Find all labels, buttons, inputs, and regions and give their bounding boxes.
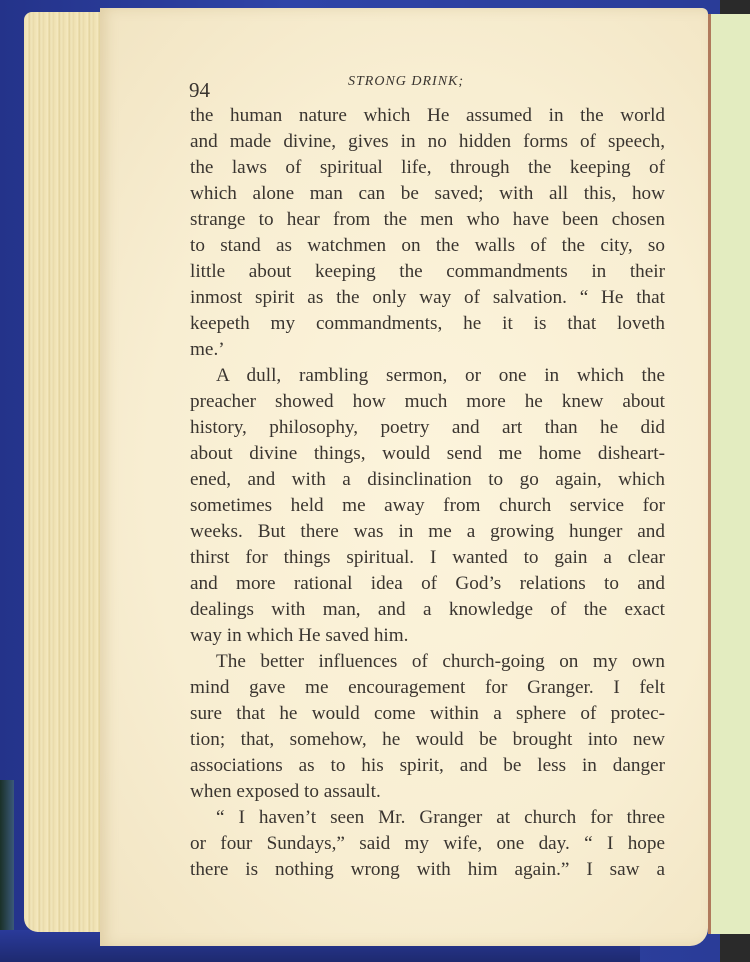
text-line: little about keeping the commandments in… [190, 259, 665, 284]
page-number: 94 [189, 78, 210, 103]
page-stack-edges [24, 12, 104, 932]
text-line: the laws of spiritual life, through the … [190, 155, 665, 180]
text-line: history, philosophy, poetry and art than… [190, 415, 665, 440]
text-line: ened, and with a disinclination to go ag… [190, 467, 665, 492]
text-line: the human nature which He assumed in the… [190, 103, 665, 128]
paragraph-start: “ I haven’t seen Mr. Granger at church f… [190, 805, 665, 830]
text-line: dealings with man, and a knowledge of th… [190, 597, 665, 622]
facing-page-edge [708, 14, 750, 934]
text-line: when exposed to assault. [190, 779, 665, 804]
text-line: or four Sundays,” said my wife, one day.… [190, 831, 665, 856]
text-line: mind gave me encouragement for Granger. … [190, 675, 665, 700]
text-line: which alone man can be saved; with all t… [190, 181, 665, 206]
text-line: about divine things, would send me home … [190, 441, 665, 466]
text-line: inmost spirit as the only way of salvati… [190, 285, 665, 310]
text-line: way in which He saved him. [190, 623, 665, 648]
text-line: sure that he would come within a sphere … [190, 701, 665, 726]
text-line: tion; that, somehow, he would be brought… [190, 727, 665, 752]
text-line: preacher showed how much more he knew ab… [190, 389, 665, 414]
text-line: and made divine, gives in no hidden form… [190, 129, 665, 154]
text-line: weeks. But there was in me a growing hun… [190, 519, 665, 544]
text-line: thirst for things spiritual. I wanted to… [190, 545, 665, 570]
text-line: me.’ [190, 337, 665, 362]
text-line: and more rational idea of God’s relation… [190, 571, 665, 596]
text-line: keepeth my commandments, he it is that l… [190, 311, 665, 336]
text-line: associations as to his spirit, and be le… [190, 753, 665, 778]
text-line: there is nothing wrong with him again.” … [190, 857, 665, 882]
paragraph-start: A dull, rambling sermon, or one in which… [190, 363, 665, 388]
text-line: sometimes held me away from church servi… [190, 493, 665, 518]
text-line: to stand as watchmen on the walls of the… [190, 233, 665, 258]
text-line: strange to hear from the men who have be… [190, 207, 665, 232]
paragraph-start: The better influences of church-going on… [190, 649, 665, 674]
running-head: STRONG DRINK; [348, 74, 464, 90]
